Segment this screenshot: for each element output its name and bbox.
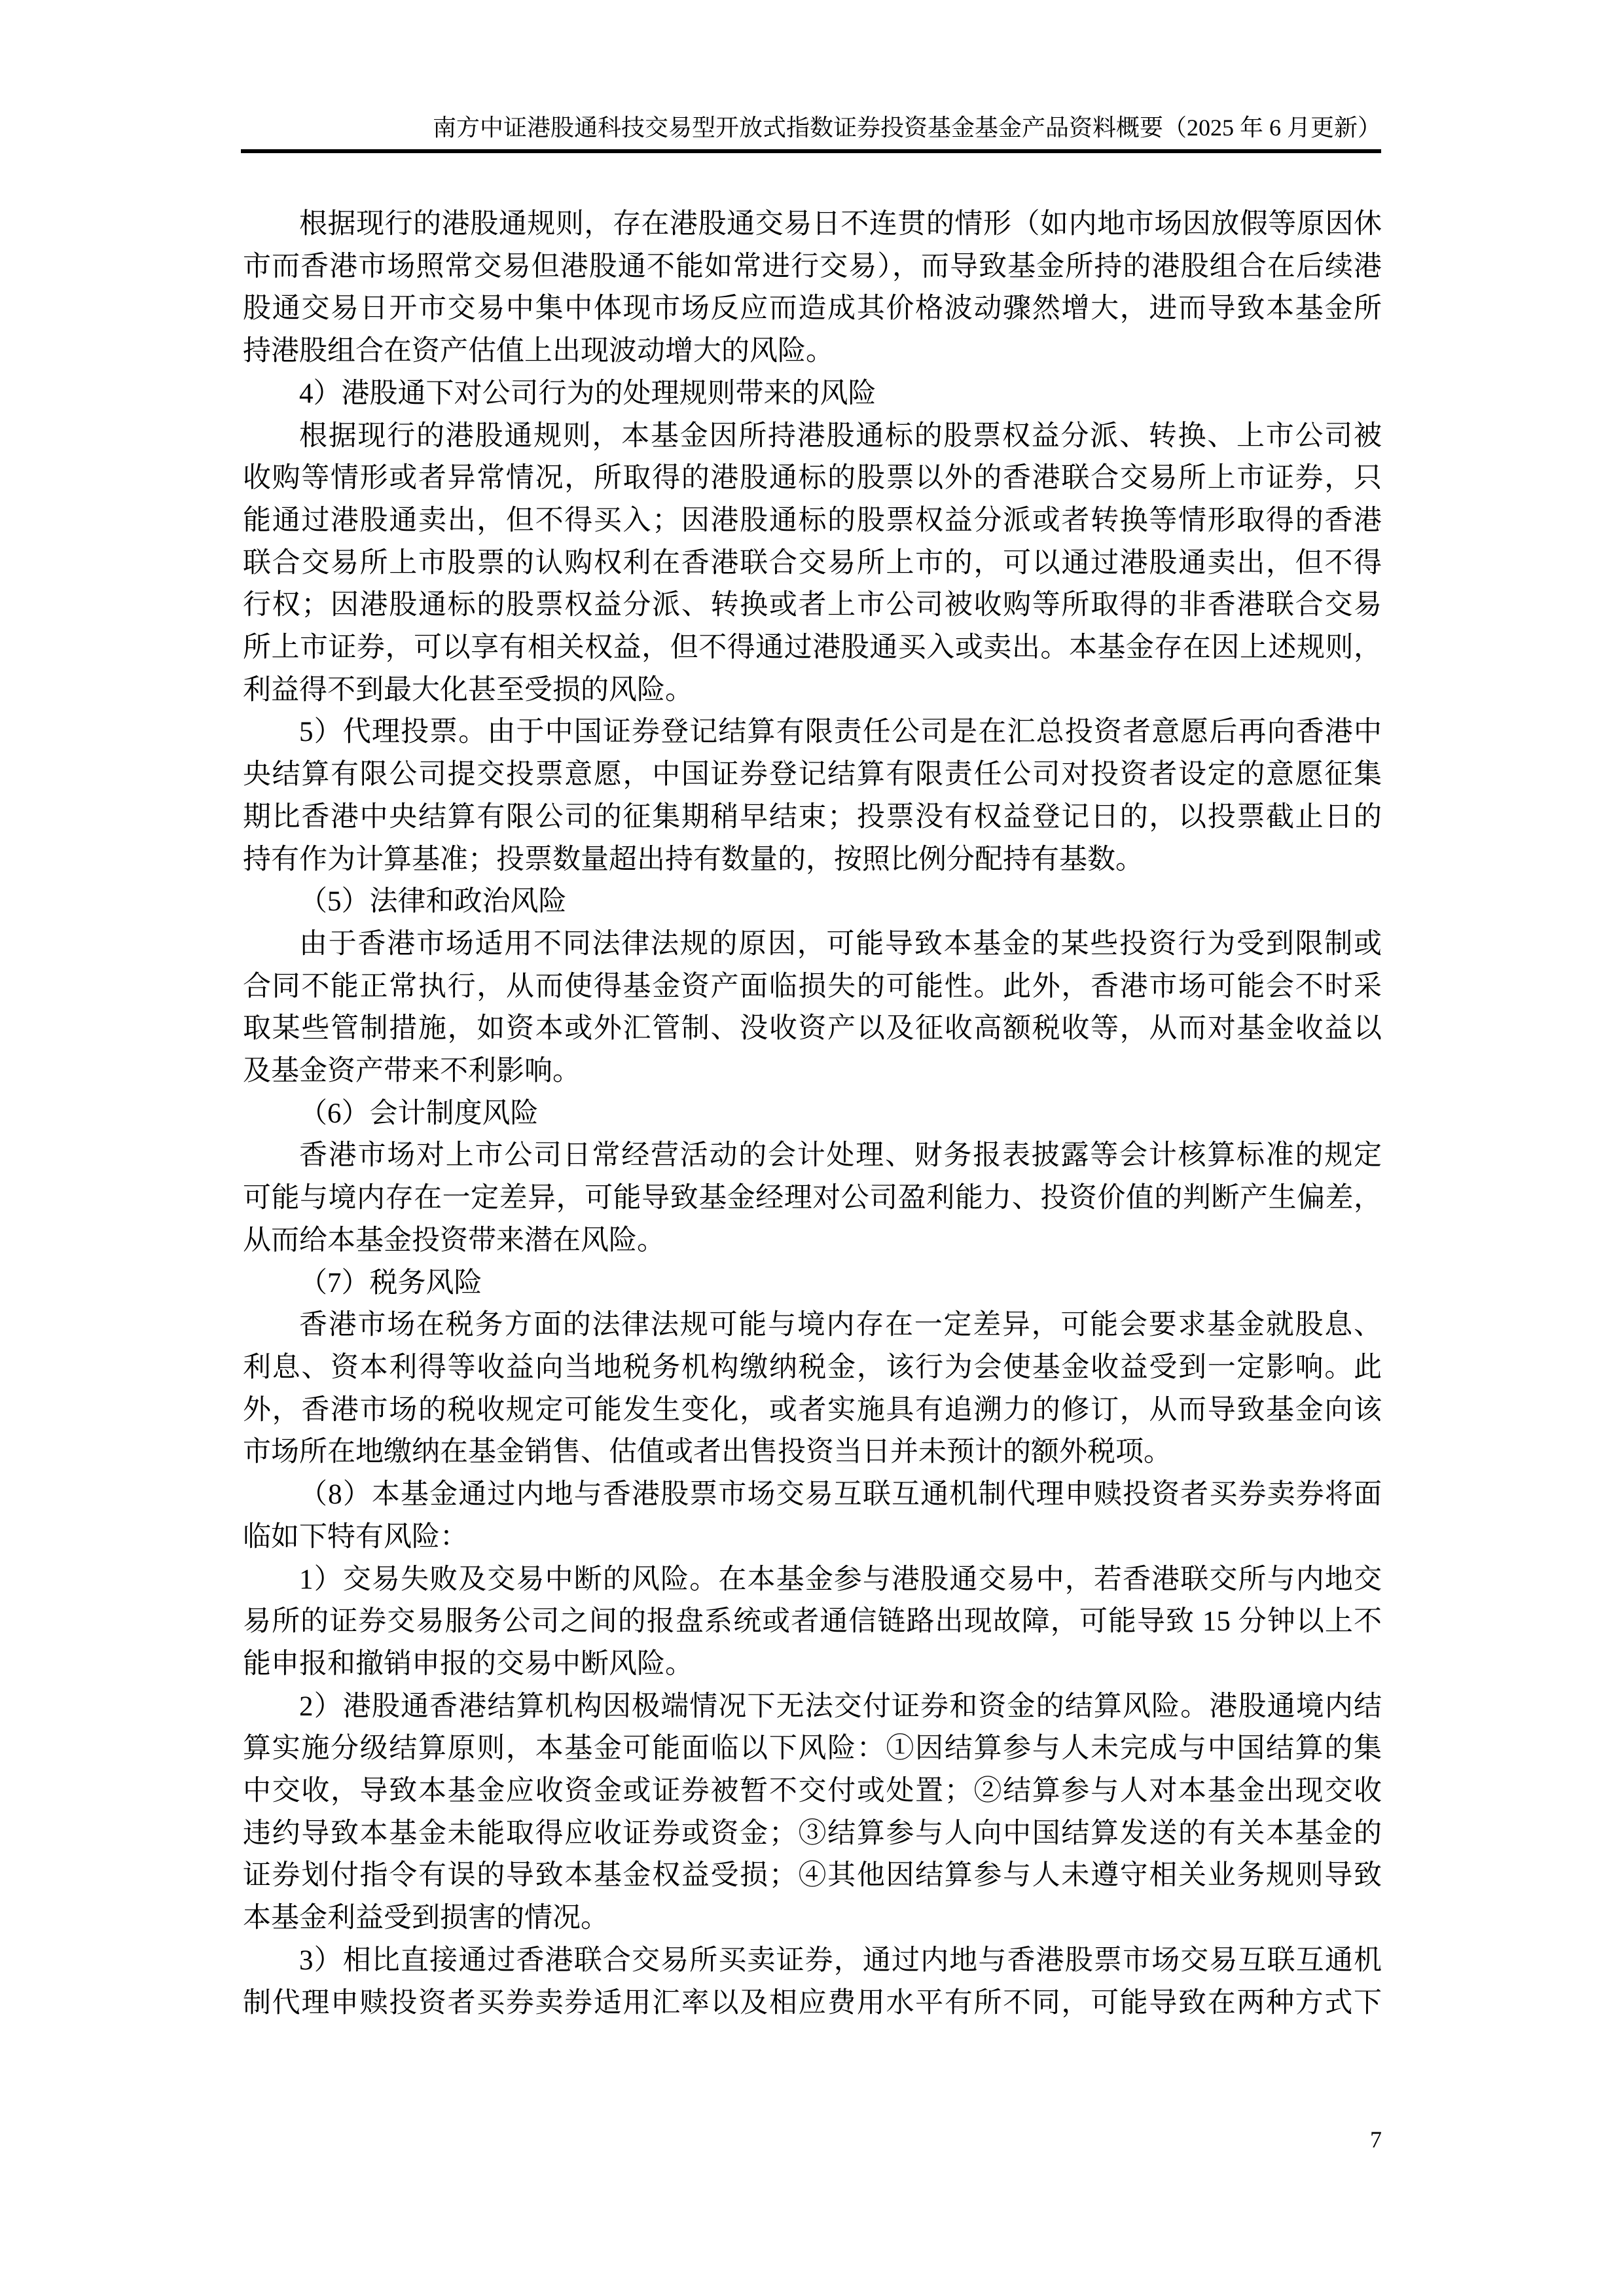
- text-line: 4）港股通下对公司行为的处理规则带来的风险: [243, 373, 1382, 416]
- paragraph: 香港市场对上市公司日常经营活动的会计处理、财务报表披露等会计核算标准的规定可能与…: [243, 1135, 1382, 1262]
- text-line: 由于香港市场适用不同法律法规的原因，可能导致本基金的某些投资行为受到限制或: [243, 924, 1382, 966]
- paragraph: （7）税务风险: [243, 1263, 1382, 1305]
- text-line: 制代理申赎投资者买券卖券适用汇率以及相应费用水平有所不同，可能导致在两种方式下: [243, 1982, 1382, 2025]
- text-line: 3）相比直接通过香港联合交易所买卖证券，通过内地与香港股票市场交易互联互通机: [243, 1940, 1382, 1982]
- text-line: 所上市证券，可以享有相关权益，但不得通过港股通买入或卖出。本基金存在因上述规则，: [243, 627, 1382, 670]
- paragraph: （8）本基金通过内地与香港股票市场交易互联互通机制代理申赎投资者买券卖券将面临如…: [243, 1474, 1382, 1558]
- paragraph: 根据现行的港股通规则，存在港股通交易日不连贯的情形（如内地市场因放假等原因休市而…: [243, 204, 1382, 373]
- text-line: 证券划付指令有误的导致本基金权益受损；④其他因结算参与人未遵守相关业务规则导致: [243, 1855, 1382, 1897]
- text-line: 市而香港市场照常交易但港股通不能如常进行交易），而导致基金所持的港股组合在后续港: [243, 246, 1382, 289]
- text-line: 持有作为计算基准；投票数量超出持有数量的，按照比例分配持有基数。: [243, 839, 1382, 882]
- text-line: 1）交易失败及交易中断的风险。在本基金参与港股通交易中，若香港联交所与内地交: [243, 1559, 1382, 1602]
- paragraph: 4）港股通下对公司行为的处理规则带来的风险: [243, 373, 1382, 416]
- text-line: （7）税务风险: [243, 1263, 1382, 1305]
- text-line: （5）法律和政治风险: [243, 881, 1382, 924]
- text-line: 收购等情形或者异常情况，所取得的港股通标的股票以外的香港联合交易所上市证券，只: [243, 457, 1382, 500]
- text-line: 本基金利益受到损害的情况。: [243, 1897, 1382, 1940]
- text-line: 易所的证券交易服务公司之间的报盘系统或者通信链路出现故障，可能导致 15 分钟以…: [243, 1601, 1382, 1643]
- paragraph: 香港市场在税务方面的法律法规可能与境内存在一定差异，可能会要求基金就股息、利息、…: [243, 1304, 1382, 1474]
- paragraph: 5）代理投票。由于中国证券登记结算有限责任公司是在汇总投资者意愿后再向香港中央结…: [243, 711, 1382, 881]
- paragraph: （5）法律和政治风险: [243, 881, 1382, 924]
- text-line: 中交收，导致本基金应收资金或证券被暂不交付或处置；②结算参与人对本基金出现交收: [243, 1770, 1382, 1813]
- text-line: 根据现行的港股通规则，本基金因所持港股通标的股票权益分派、转换、上市公司被: [243, 416, 1382, 458]
- text-line: 香港市场对上市公司日常经营活动的会计处理、财务报表披露等会计核算标准的规定: [243, 1135, 1382, 1177]
- document-page: 南方中证港股通科技交易型开放式指数证券投资基金基金产品资料概要（2025 年 6…: [0, 0, 1624, 2296]
- paragraph: 由于香港市场适用不同法律法规的原因，可能导致本基金的某些投资行为受到限制或合同不…: [243, 924, 1382, 1093]
- text-line: 从而给本基金投资带来潜在风险。: [243, 1220, 1382, 1263]
- text-line: 利息、资本利得等收益向当地税务机构缴纳税金，该行为会使基金收益受到一定影响。此: [243, 1347, 1382, 1390]
- text-line: 违约导致本基金未能取得应收证券或资金；③结算参与人向中国结算发送的有关本基金的: [243, 1813, 1382, 1856]
- text-line: 行权；因港股通标的股票权益分派、转换或者上市公司被收购等所取得的非香港联合交易: [243, 584, 1382, 627]
- text-line: 持港股组合在资产估值上出现波动增大的风险。: [243, 331, 1382, 373]
- text-line: （6）会计制度风险: [243, 1093, 1382, 1136]
- text-line: 算实施分级结算原则，本基金可能面临以下风险：①因结算参与人未完成与中国结算的集: [243, 1728, 1382, 1770]
- page-footer: 7: [243, 2126, 1382, 2153]
- text-line: 外，香港市场的税收规定可能发生变化，或者实施具有追溯力的修订，从而导致基金向该: [243, 1390, 1382, 1432]
- paragraph: 根据现行的港股通规则，本基金因所持港股通标的股票权益分派、转换、上市公司被收购等…: [243, 416, 1382, 712]
- paragraph: （6）会计制度风险: [243, 1093, 1382, 1136]
- text-line: 联合交易所上市股票的认购权利在香港联合交易所上市的，可以通过港股通卖出，但不得: [243, 543, 1382, 585]
- text-line: 合同不能正常执行，从而使得基金资产面临损失的可能性。此外，香港市场可能会不时采: [243, 966, 1382, 1009]
- text-line: 根据现行的港股通规则，存在港股通交易日不连贯的情形（如内地市场因放假等原因休: [243, 204, 1382, 246]
- paragraph: 3）相比直接通过香港联合交易所买卖证券，通过内地与香港股票市场交易互联互通机制代…: [243, 1940, 1382, 2024]
- text-line: 能通过港股通卖出，但不得买入；因港股通标的股票权益分派或者转换等情形取得的香港: [243, 500, 1382, 543]
- text-line: 能申报和撤销申报的交易中断风险。: [243, 1643, 1382, 1686]
- text-line: （8）本基金通过内地与香港股票市场交易互联互通机制代理申赎投资者买券卖券将面: [243, 1474, 1382, 1516]
- text-line: 及基金资产带来不利影响。: [243, 1050, 1382, 1093]
- text-line: 取某些管制措施，如资本或外汇管制、没收资产以及征收高额税收等，从而对基金收益以: [243, 1008, 1382, 1050]
- paragraph: 2）港股通香港结算机构因极端情况下无法交付证券和资金的结算风险。港股通境内结算实…: [243, 1686, 1382, 1940]
- text-line: 临如下特有风险：: [243, 1516, 1382, 1559]
- header-rule: [241, 149, 1381, 153]
- page-number: 7: [1370, 2126, 1382, 2153]
- text-line: 利益得不到最大化甚至受损的风险。: [243, 670, 1382, 712]
- header-title: 南方中证港股通科技交易型开放式指数证券投资基金基金产品资料概要（2025 年 6…: [241, 113, 1381, 143]
- text-line: 市场所在地缴纳在基金销售、估值或者出售投资当日并未预计的额外税项。: [243, 1431, 1382, 1474]
- paragraph: 1）交易失败及交易中断的风险。在本基金参与港股通交易中，若香港联交所与内地交易所…: [243, 1559, 1382, 1686]
- text-line: 股通交易日开市交易中集中体现市场反应而造成其价格波动骤然增大，进而导致本基金所: [243, 288, 1382, 331]
- text-line: 央结算有限公司提交投票意愿，中国证券登记结算有限责任公司对投资者设定的意愿征集: [243, 754, 1382, 797]
- text-line: 期比香港中央结算有限公司的征集期稍早结束；投票没有权益登记日的，以投票截止日的: [243, 797, 1382, 839]
- text-line: 5）代理投票。由于中国证券登记结算有限责任公司是在汇总投资者意愿后再向香港中: [243, 711, 1382, 754]
- text-line: 可能与境内存在一定差异，可能导致基金经理对公司盈利能力、投资价值的判断产生偏差，: [243, 1177, 1382, 1220]
- text-line: 2）港股通香港结算机构因极端情况下无法交付证券和资金的结算风险。港股通境内结: [243, 1686, 1382, 1729]
- text-line: 香港市场在税务方面的法律法规可能与境内存在一定差异，可能会要求基金就股息、: [243, 1304, 1382, 1347]
- document-body: 根据现行的港股通规则，存在港股通交易日不连贯的情形（如内地市场因放假等原因休市而…: [243, 204, 1382, 2024]
